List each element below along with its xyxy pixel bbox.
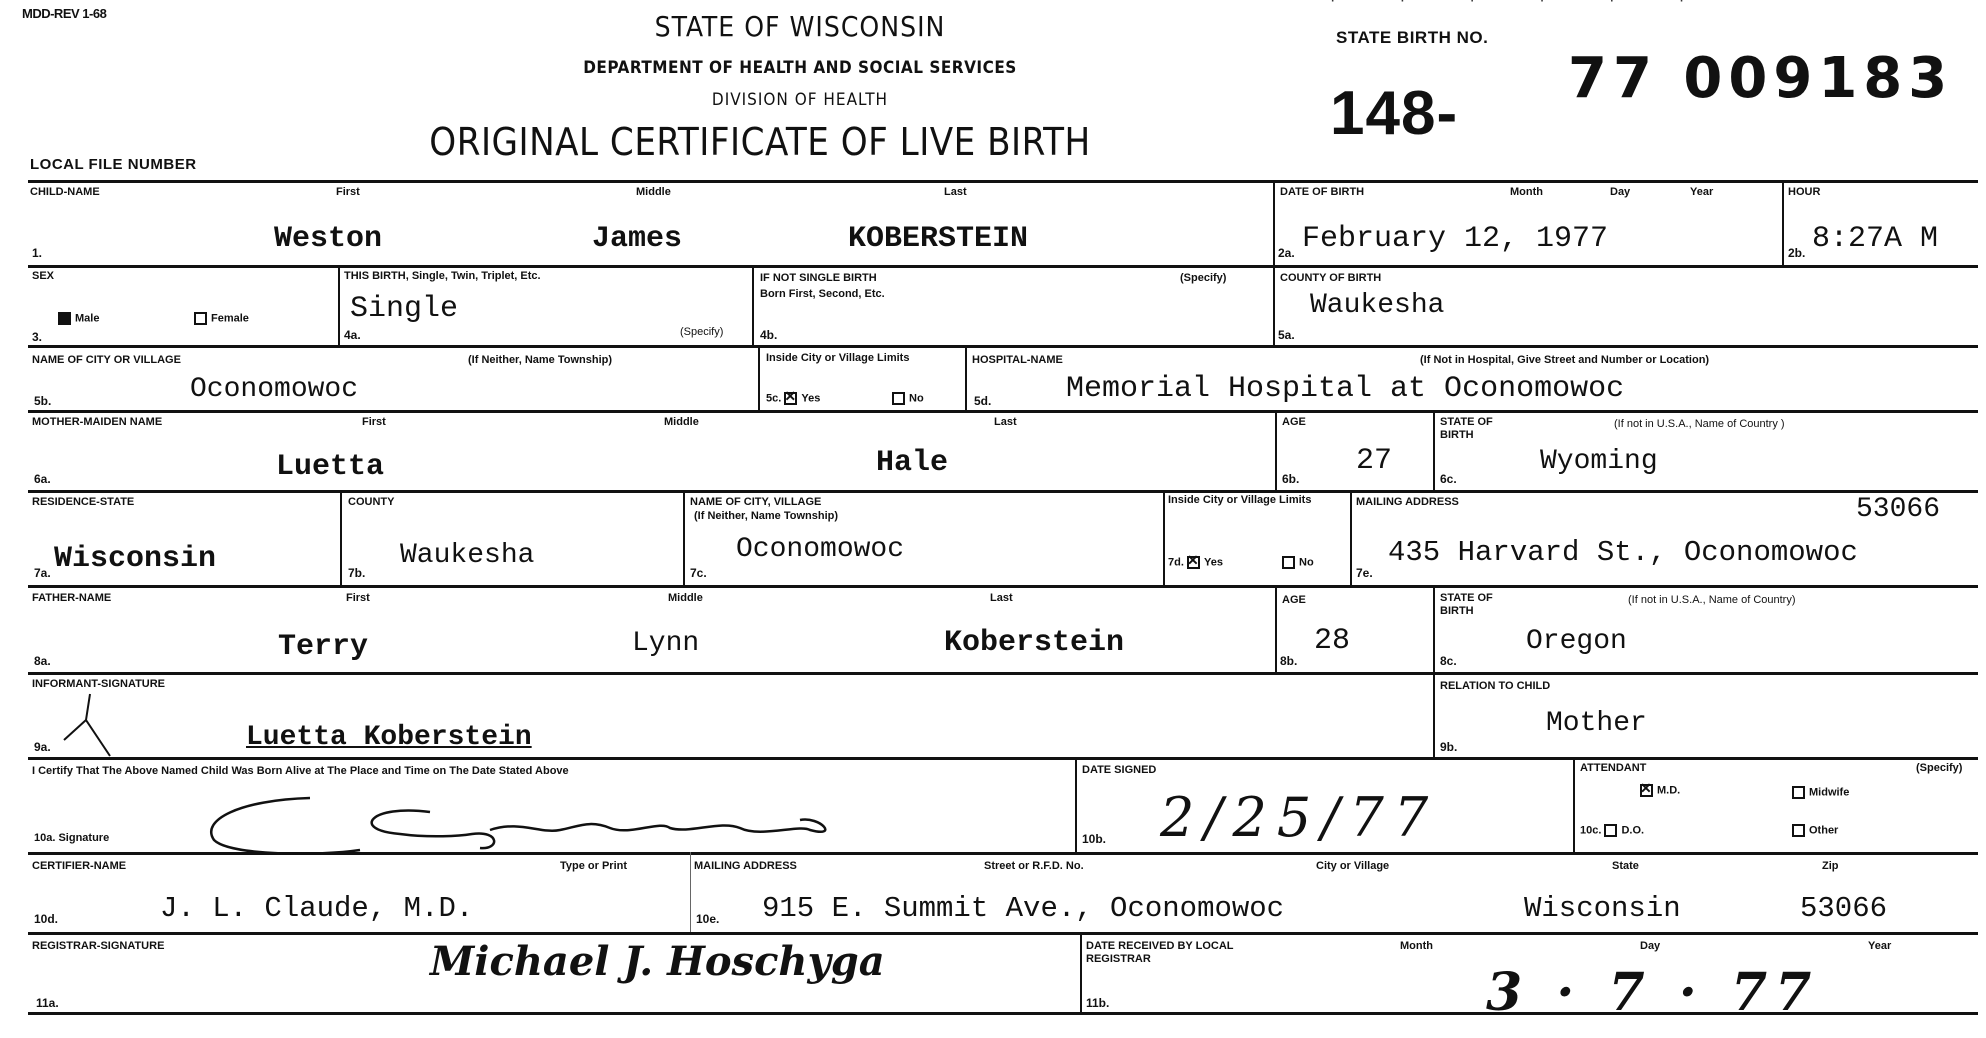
child-name-label: CHILD-NAME [30,186,100,198]
not-single-sublabel: Born First, Second, Etc. [760,288,885,300]
residence-county: Waukesha [400,540,534,571]
mailing-address: 435 Harvard St., Oconomowoc [1388,536,1858,569]
residence-state-label: RESIDENCE-STATE [32,496,134,508]
item-number: 8c. [1440,654,1457,668]
mailing-address-label: MAILING ADDRESS [1356,496,1459,508]
date-received: 3 · 7 · 77 [1486,962,1819,1023]
residence-city-label: NAME OF CITY, VILLAGE [690,496,821,508]
hospital-note: (If Not in Hospital, Give Street and Num… [1420,354,1709,366]
residence-inside-yes-option[interactable]: 7d. Yes [1168,556,1223,569]
city-or-village-label: City or Village [1316,860,1389,872]
checkbox-empty-icon[interactable] [1282,556,1295,569]
certifier-state: Wisconsin [1524,892,1681,925]
item-number: 9a. [34,740,51,754]
mother-middle-label: Middle [664,416,699,428]
divider [1275,410,1277,490]
item-number: 8b. [1280,654,1297,668]
inside-limits-yes-option[interactable]: 5c. Yes [766,392,820,405]
item-number: 2a. [1278,246,1295,260]
item-number: 4a. [344,328,361,342]
certifier-name: J. L. Claude, M.D. [160,892,473,925]
item-number: 11a. [36,996,59,1010]
divider [338,265,340,345]
county-of-birth: Waukesha [1310,290,1444,321]
item-number: 7e. [1356,566,1373,580]
city-label: NAME OF CITY OR VILLAGE [32,354,181,366]
father-state-note: (If not in U.S.A., Name of Country) [1628,594,1796,606]
local-file-number-label: LOCAL FILE NUMBER [30,156,197,173]
rule-row9 [28,932,1978,935]
mother-last-name: Hale [876,446,948,480]
state-birth-no: 77 009183 [1568,46,1953,111]
father-age-label: AGE [1282,594,1306,606]
item-number: 7b. [348,566,365,580]
date-signed: 2/25/77 [1160,786,1438,849]
divider [1433,585,1435,757]
divider [1275,585,1277,672]
hospital-name: Memorial Hospital at Oconomowoc [1066,372,1624,406]
checkbox-empty-icon[interactable] [1604,824,1617,837]
dob-year-label: Year [1690,186,1713,198]
certifier-street: 915 E. Summit Ave., Oconomowoc [762,892,1284,925]
divider [965,345,967,410]
registrar-signature-label: REGISTRAR-SIGNATURE [32,940,164,952]
state-heading: STATE OF WISCONSIN [450,10,1150,43]
mother-name-label: MOTHER-MAIDEN NAME [32,416,162,428]
signature-label: 10a. Signature [34,832,109,844]
form-code: MDD-REV 1-68 [22,6,106,21]
rule-row7 [28,757,1978,760]
mother-age: 27 [1356,444,1392,478]
not-single-label: IF NOT SINGLE BIRTH [760,272,877,284]
rule-row3 [28,410,1978,413]
hour-label: HOUR [1788,186,1820,198]
item-number: 6a. [34,472,51,486]
mother-first-label: First [362,416,386,428]
date-of-birth: February 12, 1977 [1302,222,1608,256]
divider [1433,410,1435,490]
checkbox-checked-icon[interactable] [58,312,71,325]
registrar-signature: Michael J. Hoschyga [430,938,885,985]
sex-female-option[interactable]: Female [194,312,249,325]
item-number: 8a. [34,654,51,668]
received-month-label: Month [1400,940,1433,952]
divider [690,852,691,932]
checkbox-empty-icon[interactable] [1792,824,1805,837]
item-number: 7c. [690,566,707,580]
state-birth-no-prefix: 148- [1330,78,1458,149]
residence-inside-limits-label: Inside City or Village Limits [1168,494,1338,506]
hospital-label: HOSPITAL-NAME [972,354,1063,366]
date-received-label: DATE RECEIVED BY LOCAL REGISTRAR [1086,940,1286,966]
father-last-label: Last [990,592,1013,604]
rule-row6 [28,672,1978,675]
item-number: 5d. [974,394,991,408]
checkbox-checked-icon[interactable] [1187,556,1200,569]
father-middle-name: Lynn [632,628,699,659]
informant-mark-icon [60,690,120,760]
checkbox-empty-icon[interactable] [892,392,905,405]
residence-inside-no-option[interactable]: No [1282,556,1314,569]
department-heading: DEPARTMENT OF HEALTH AND SOCIAL SERVICES [450,58,1150,78]
certifier-mailing-label: MAILING ADDRESS [694,860,797,872]
inside-limits-no-option[interactable]: No [892,392,924,405]
item-number: 10b. [1082,832,1106,846]
item-number: 9b. [1440,740,1457,754]
rule-top [28,180,1978,183]
item-number: 11b. [1086,996,1109,1010]
dob-day-label: Day [1610,186,1630,198]
divider [340,490,342,585]
item-number: 3. [32,330,42,344]
child-first-name: Weston [274,222,382,256]
divider [1163,490,1165,585]
divider [752,265,754,345]
city-of-birth: Oconomowoc [190,374,358,405]
certification-statement: I Certify That The Above Named Child Was… [32,763,1062,779]
sex-label: SEX [32,270,54,282]
county-of-birth-label: COUNTY OF BIRTH [1280,272,1381,284]
informant-signature-label: INFORMANT-SIGNATURE [32,678,165,690]
inside-limits-label: Inside City or Village Limits [766,352,946,364]
father-name-label: FATHER-NAME [32,592,111,604]
father-middle-label: Middle [668,592,703,604]
checkbox-checked-icon[interactable] [784,392,797,405]
state-birth-no-label: STATE BIRTH NO. [1336,28,1488,48]
mother-age-label: AGE [1282,416,1306,428]
attendant-other-option[interactable]: Other [1792,824,1838,837]
father-first-name: Terry [278,630,368,664]
rule-row2 [28,345,1978,348]
zip-label: Zip [1822,860,1839,872]
father-first-label: First [346,592,370,604]
mother-state-of-birth: Wyoming [1540,446,1658,477]
divider [1273,180,1275,345]
received-year-label: Year [1868,940,1891,952]
informant-signature: Luetta Koberstein [246,722,532,753]
this-birth-value: Single [350,292,458,326]
checkbox-empty-icon[interactable] [1792,786,1805,799]
item-number: 7a. [34,566,51,580]
city-note: (If Neither, Name Township) [468,354,612,366]
dob-label: DATE OF BIRTH [1280,186,1364,198]
divider [1350,490,1352,585]
relation-to-child: Mother [1546,708,1647,739]
divider [1573,757,1575,852]
hour-of-birth: 8:27A M [1812,222,1938,256]
attendant-label: ATTENDANT [1580,762,1646,774]
item-number: 5b. [34,394,51,408]
certifier-name-label: CERTIFIER-NAME [32,860,126,872]
item-number: 6b. [1282,472,1299,486]
child-first-label: First [336,186,360,198]
rule-row4 [28,490,1978,493]
certifier-zip: 53066 [1800,892,1887,925]
this-birth-specify: (Specify) [680,326,723,338]
checkbox-empty-icon[interactable] [194,312,207,325]
residence-county-label: COUNTY [348,496,394,508]
mother-first-name: Luetta [276,450,384,484]
residence-city-note: (If Neither, Name Township) [694,510,838,522]
attendant-midwife-option[interactable]: Midwife [1792,786,1849,799]
certifier-signature-icon [200,790,920,860]
rule-row1 [28,265,1978,268]
state-label: State [1612,860,1639,872]
child-last-name: KOBERSTEIN [848,222,1028,256]
item-number: 1. [32,246,42,260]
mailing-zip: 53066 [1856,494,1940,525]
item-number: 2b. [1788,246,1805,260]
relation-label: RELATION TO CHILD [1440,680,1550,692]
divider [1080,932,1082,1012]
sex-male-option[interactable]: Male [58,312,99,325]
divider [1782,180,1784,265]
certifier-type-note: Type or Print [560,860,627,872]
residence-state: Wisconsin [54,542,216,576]
item-number: 5a. [1278,328,1295,342]
mother-state-label: STATE OF BIRTH [1440,416,1510,442]
not-single-specify: (Specify) [1180,272,1226,284]
checkbox-checked-icon[interactable] [1640,784,1653,797]
rule-row5 [28,585,1978,588]
certificate-title: ORIGINAL CERTIFICATE OF LIVE BIRTH [320,120,1200,164]
child-last-label: Last [944,186,967,198]
division-heading: DIVISION OF HEALTH [450,90,1150,110]
child-middle-name: James [592,222,682,256]
dob-month-label: Month [1510,186,1543,198]
this-birth-label: THIS BIRTH, Single, Twin, Triplet, Etc. [344,270,541,282]
mother-last-label: Last [994,416,1017,428]
attendant-md-option[interactable]: M.D. [1640,784,1680,797]
father-last-name: Koberstein [944,626,1124,660]
attendant-specify: (Specify) [1916,762,1962,774]
divider [683,490,685,585]
date-signed-label: DATE SIGNED [1082,764,1156,776]
child-middle-label: Middle [636,186,671,198]
item-number: 10e. [696,912,719,926]
item-number: 6c. [1440,472,1457,486]
father-state-of-birth: Oregon [1526,626,1627,657]
divider [1075,757,1077,852]
received-day-label: Day [1640,940,1660,952]
item-number: 10d. [34,912,58,926]
father-state-label: STATE OF BIRTH [1440,592,1510,618]
father-age: 28 [1314,624,1350,658]
item-number: 4b. [760,328,777,342]
divider [758,345,760,410]
residence-city: Oconomowoc [736,534,904,565]
mother-state-note: (If not in U.S.A., Name of Country ) [1614,418,1785,430]
street-label: Street or R.F.D. No. [984,860,1084,872]
top-fragment-text: · · · · · · [1330,0,1714,10]
attendant-do-option[interactable]: 10c. D.O. [1580,824,1644,837]
